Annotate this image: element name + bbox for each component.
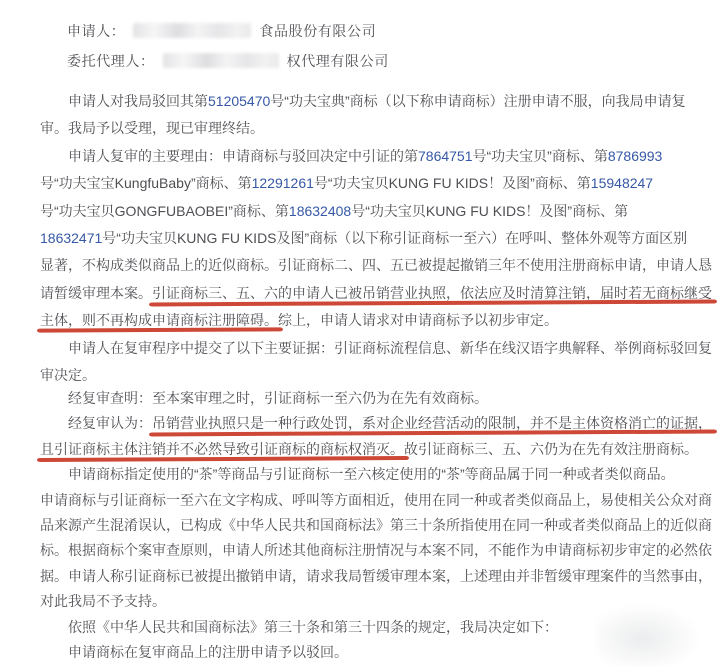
text-segment: 品来源产生混淆误认，已构成《中华人民共和国商标法》第三十条所指使用在同一种或者类… xyxy=(40,517,712,533)
text-segment: 号“功夫宝贝GONGFUBAOBEI”商标、第 xyxy=(40,203,289,219)
red-underlined-text: 引证商标三、五、六的申请人已被吊销营业执照，依法应及时清算注销，届时若无商标继受 xyxy=(152,285,712,301)
redacted-agent-name xyxy=(163,53,279,68)
text-segment: 号“功夫宝贝”商标、第 xyxy=(473,148,608,164)
document-line: 经复审查明：至本案审理之时，引证商标一至六仍为在先有效商标。 xyxy=(40,386,722,411)
text-segment: 经复审查明：至本案审理之时，引证商标一至六仍为在先有效商标。 xyxy=(68,390,488,406)
applicant-line: 申请人：食品股份有限公司 xyxy=(67,21,376,41)
trademark-number: 51205470 xyxy=(208,93,270,109)
document-line: 申请人复审的主要理由：申请商标与驳回决定中引证的第7864751号“功夫宝贝”商… xyxy=(40,143,722,170)
text-segment: 审决定。 xyxy=(40,367,96,383)
document-body-block-1: 申请人对我局驳回其第51205470号“功夫宝典”商标（以下称申请商标）注册申请… xyxy=(40,88,722,389)
agent-line: 委托代理人：权代理有限公司 xyxy=(67,51,389,71)
text-segment: 号“功夫宝贝KUNG FU KIDS及图”商标（以下称引证商标一至六）在呼叫、整… xyxy=(102,230,687,246)
text-segment: 故引证商标三、五、六仍为在先有效注册商标。 xyxy=(404,441,698,457)
text-segment: 号“功夫宝贝KUNG FU KIDS！及图”商标、第 xyxy=(314,175,591,191)
text-segment: 依照《中华人民共和国商标法》第三十条和第三十四条的规定，我局决定如下： xyxy=(68,619,558,635)
document-line: 主体，则不再构成申请商标注册障碍。综上，申请人请求对申请商标予以初步审定。 xyxy=(40,307,722,334)
text-segment: 据。申请人称引证商标已被提出撤销申请，请求我局暂缓审理本案，上述理由并非暂缓审理… xyxy=(40,568,712,584)
redacted-applicant-name xyxy=(133,23,251,38)
text-segment: 申请人在复审程序中提交了以下主要证据：引证商标流程信息、新华在线汉语字典解释、举… xyxy=(68,340,712,356)
document-line: 且引证商标主体注销并不必然导致引证商标的商标权消灭。故引证商标三、五、六仍为在先… xyxy=(40,437,722,462)
red-underlined-text: 吊销营业执照只是一种行政处罚，系对企业经营活动的限制，并不是主体资格消亡的证据， xyxy=(152,415,712,431)
document-line: 18632471号“功夫宝贝KUNG FU KIDS及图”商标（以下称引证商标一… xyxy=(40,225,722,252)
text-segment: 号“功夫宝贝KUNG FU KIDS！及图”商标、第 xyxy=(351,203,628,219)
trademark-number: 7864751 xyxy=(418,148,473,164)
document-line: 对此我局不予支持。 xyxy=(40,589,722,614)
trademark-number: 8786993 xyxy=(608,148,663,164)
text-segment: 显著，不构成类似商品上的近似商标。引证商标二、四、五已被提起撤销三年不使用注册商… xyxy=(40,257,712,273)
applicant-label: 申请人： xyxy=(67,23,125,39)
text-segment: 申请商标在复审商品上的注册申请予以驳回。 xyxy=(68,644,348,660)
document-line: 号“功夫宝贝GONGFUBAOBEI”商标、第18632408号“功夫宝贝KUN… xyxy=(40,198,722,225)
document-line: 申请人对我局驳回其第51205470号“功夫宝典”商标（以下称申请商标）注册申请… xyxy=(40,88,722,115)
text-segment: 申请人对我局驳回其第 xyxy=(68,93,208,109)
agent-label: 委托代理人： xyxy=(67,53,155,69)
text-segment: 经复审认为： xyxy=(68,415,152,431)
text-segment: 申请人复审的主要理由：申请商标与驳回决定中引证的第 xyxy=(68,148,418,164)
document-line: 申请商标与引证商标一至六在文字构成、呼叫等方面相近，使用在同一种或者类似商品上，… xyxy=(40,488,722,513)
trademark-number: 12291261 xyxy=(252,175,314,191)
text-segment: 标。根据商标个案审查原则，申请人所述其他商标注册情况与本案不同，不能作为申请商标… xyxy=(40,542,712,558)
text-segment: 请暂缓审理本案。 xyxy=(40,285,152,301)
document-body-block-2: 经复审查明：至本案审理之时，引证商标一至六仍为在先有效商标。经复审认为：吊销营业… xyxy=(40,386,722,665)
trademark-number: 18632408 xyxy=(289,203,351,219)
text-segment: 号“功夫宝典”商标（以下称申请商标）注册申请不服，向我局申请复 xyxy=(270,93,685,109)
trademark-number: 18632471 xyxy=(40,230,102,246)
document-line: 依照《中华人民共和国商标法》第三十条和第三十四条的规定，我局决定如下： xyxy=(40,615,722,640)
document-page: 申请人：食品股份有限公司 委托代理人：权代理有限公司 申请人对我局驳回其第512… xyxy=(0,0,725,667)
document-line: 显著，不构成类似商品上的近似商标。引证商标二、四、五已被提起撤销三年不使用注册商… xyxy=(40,252,722,279)
document-line: 申请商标指定使用的“茶”等商品与引证商标一至六核定使用的“茶”等商品属于同一种或… xyxy=(40,462,722,487)
text-segment: 申请商标指定使用的“茶”等商品与引证商标一至六核定使用的“茶”等商品属于同一种或… xyxy=(68,466,675,482)
document-line: 品来源产生混淆误认，已构成《中华人民共和国商标法》第三十条所指使用在同一种或者类… xyxy=(40,513,722,538)
document-line: 号“功夫宝宝KungfuBaby”商标、第12291261号“功夫宝贝KUNG … xyxy=(40,170,722,197)
document-line: 据。申请人称引证商标已被提出撤销申请，请求我局暂缓审理本案，上述理由并非暂缓审理… xyxy=(40,564,722,589)
text-segment: 号“功夫宝宝KungfuBaby”商标、第 xyxy=(40,175,252,191)
red-underlined-text: 主体，则不再构成申请商标注册障碍。 xyxy=(40,312,278,328)
agent-suffix: 权代理有限公司 xyxy=(287,53,389,69)
document-line: 申请人在复审程序中提交了以下主要证据：引证商标流程信息、新华在线汉语字典解释、举… xyxy=(40,335,722,362)
applicant-suffix: 食品股份有限公司 xyxy=(259,23,376,39)
text-segment: 对此我局不予支持。 xyxy=(40,593,166,609)
text-segment: 申请商标与引证商标一至六在文字构成、呼叫等方面相近，使用在同一种或者类似商品上，… xyxy=(40,492,712,508)
document-line: 申请商标在复审商品上的注册申请予以驳回。 xyxy=(40,640,722,665)
red-underlined-text: 且引证商标主体注销并不必然导致引证商标的商标权消灭。 xyxy=(40,441,404,457)
document-line: 标。根据商标个案审查原则，申请人所述其他商标注册情况与本案不同，不能作为申请商标… xyxy=(40,538,722,563)
trademark-number: 15948247 xyxy=(591,175,653,191)
text-segment: 综上，申请人请求对申请商标予以初步审定。 xyxy=(278,312,558,328)
document-line: 请暂缓审理本案。引证商标三、五、六的申请人已被吊销营业执照，依法应及时清算注销，… xyxy=(40,280,722,307)
document-line: 审。我局予以受理，现已审理终结。 xyxy=(40,115,722,142)
document-line: 经复审认为：吊销营业执照只是一种行政处罚，系对企业经营活动的限制，并不是主体资格… xyxy=(40,411,722,436)
text-segment: 审。我局予以受理，现已审理终结。 xyxy=(40,120,264,136)
